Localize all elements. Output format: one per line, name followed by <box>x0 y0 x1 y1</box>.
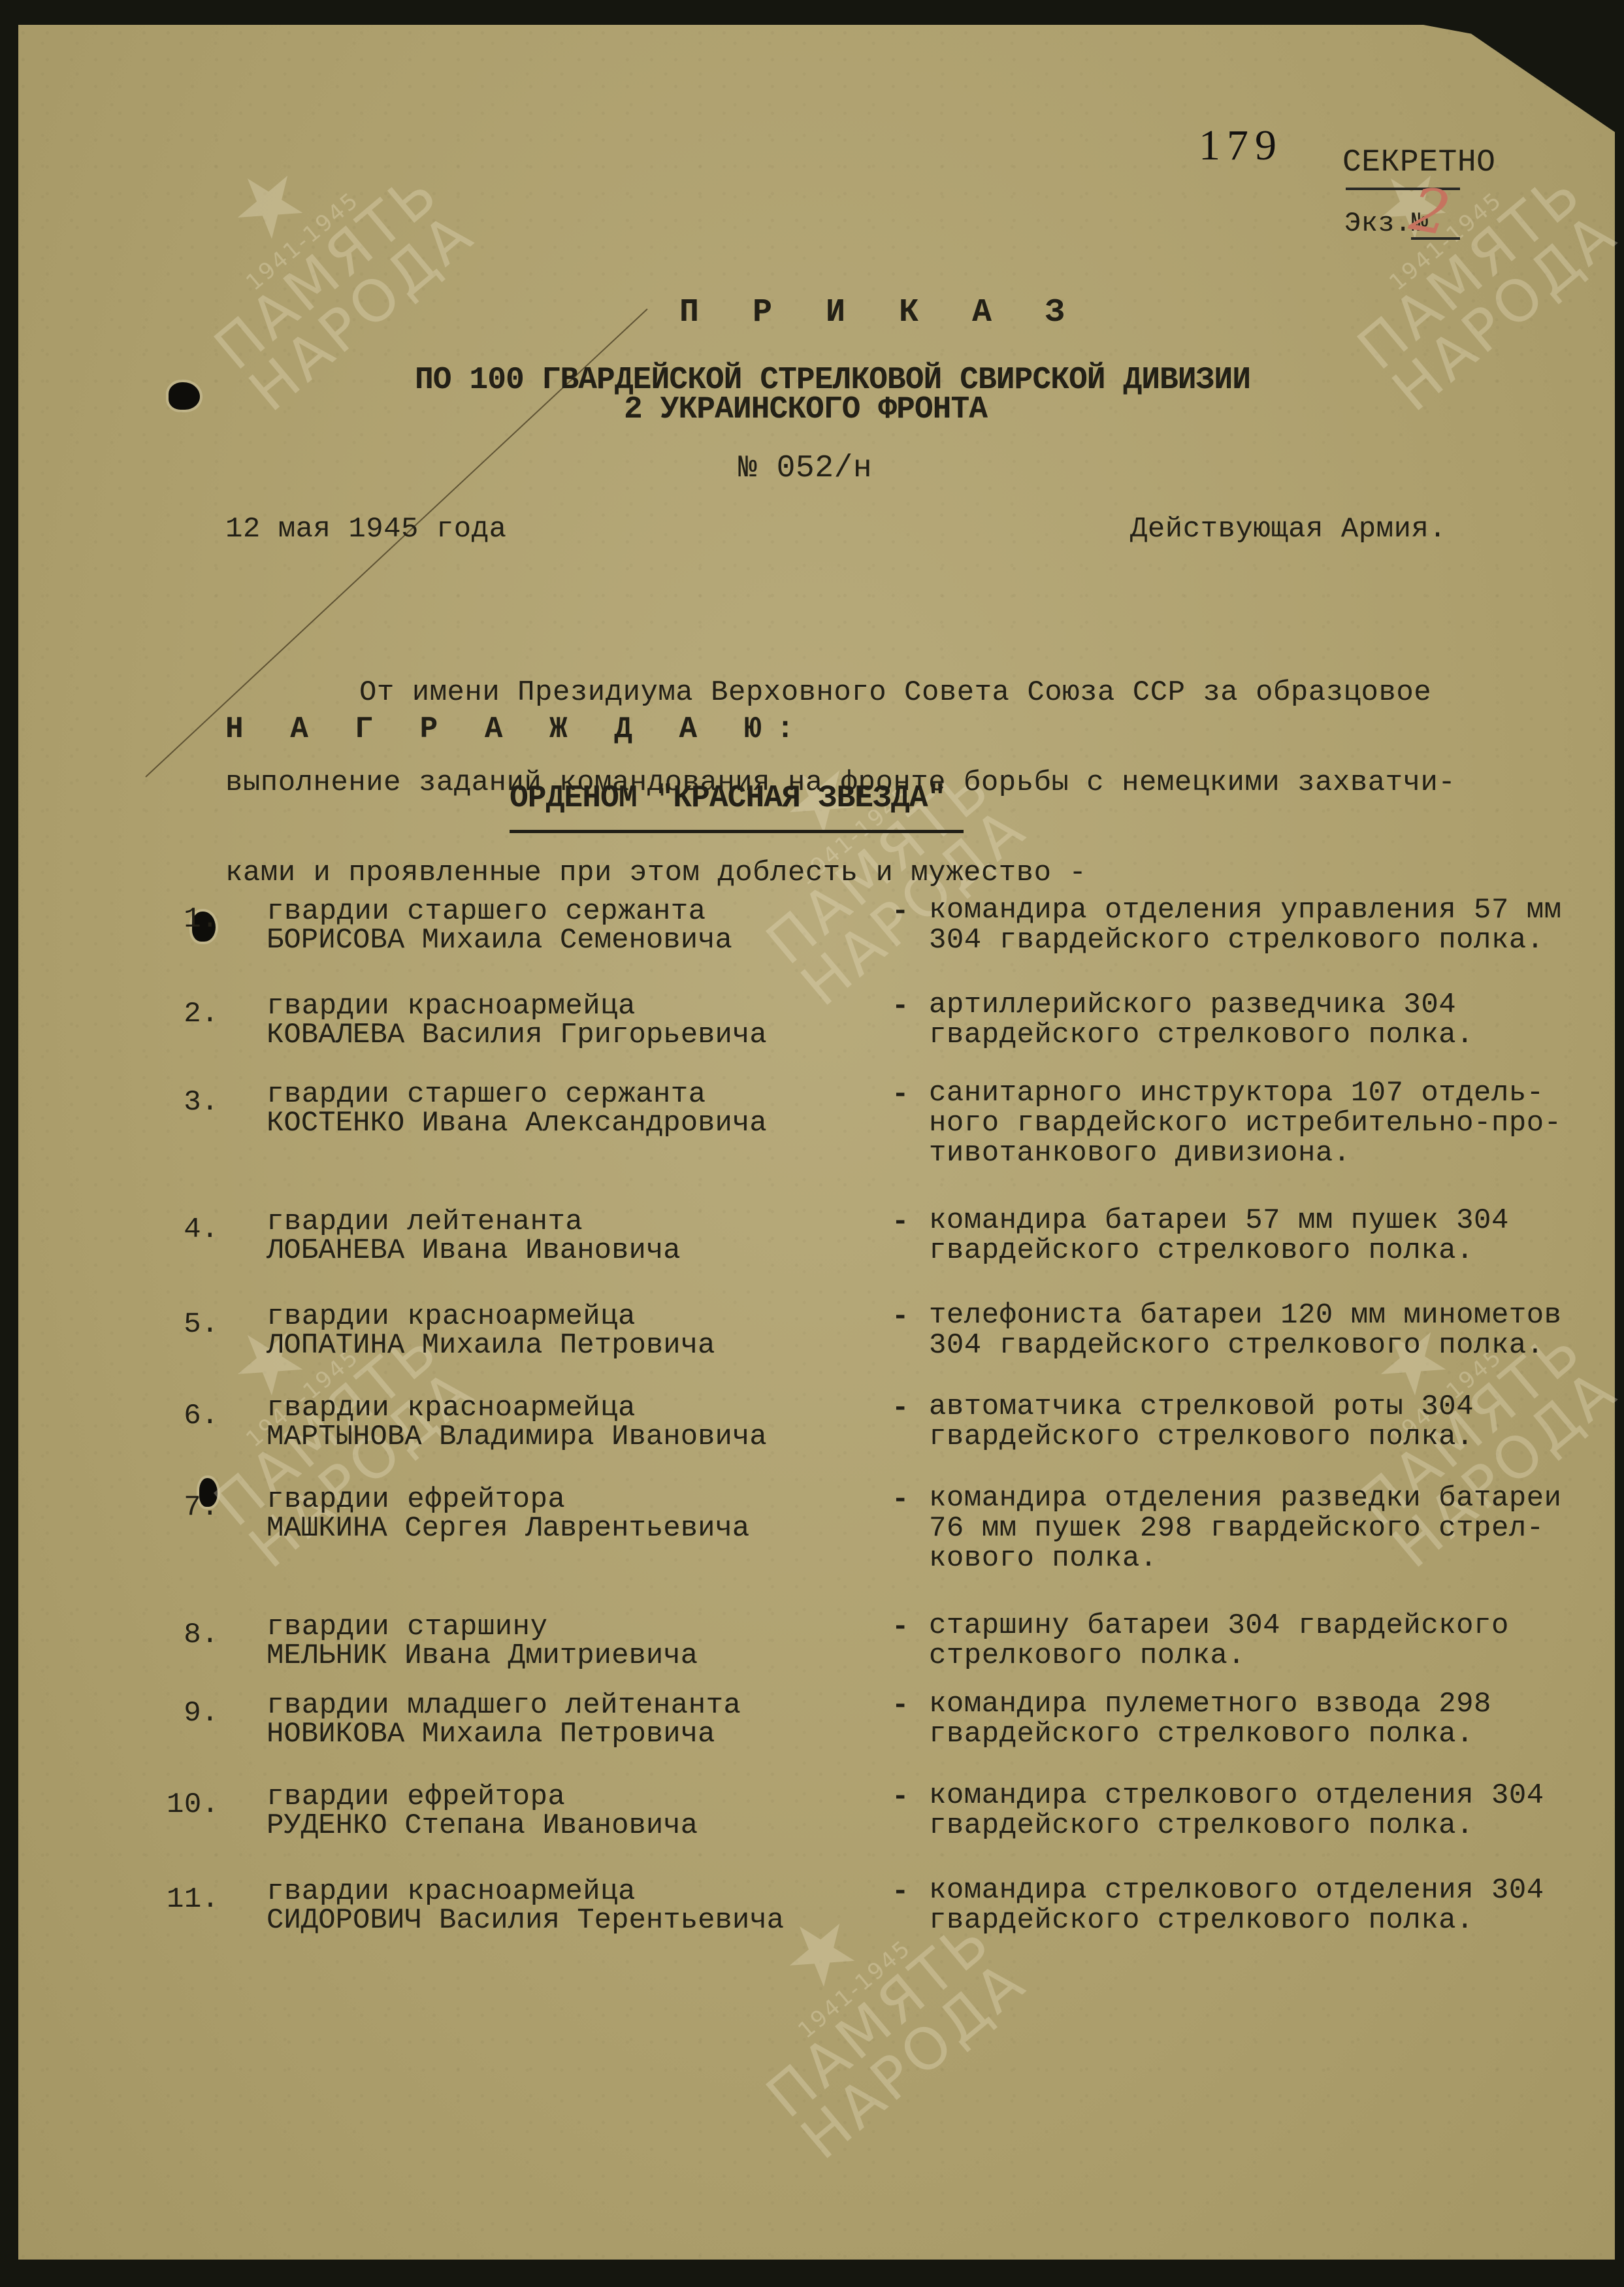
awardee-dash: - <box>892 1300 909 1333</box>
awardee-rank: гвардии ефрейтора <box>267 1483 565 1516</box>
awardee-name: РУДЕНКО Степана Ивановича <box>267 1809 698 1842</box>
awardee-description: автоматчика стрелковой роты 304 гвардейс… <box>929 1392 1474 1452</box>
awardee-number: 8. <box>167 1619 219 1651</box>
awardee-description: телефониста батареи 120 мм минометов 304… <box>929 1300 1562 1360</box>
awardee-dash: - <box>892 1781 909 1813</box>
awardee-number: 4. <box>167 1213 219 1246</box>
order-number: № 052/н <box>738 451 872 486</box>
awardee-description: командира пулеметного взвода 298 гвардей… <box>929 1689 1491 1749</box>
awardee-description: командира батареи 57 мм пушек 304 гварде… <box>929 1206 1509 1266</box>
awardee-description: артиллерийского разведчика 304 гвардейск… <box>929 990 1474 1050</box>
awardee-dash: - <box>892 1875 909 1908</box>
order-date: 12 мая 1945 года <box>225 513 506 546</box>
awardee-rank: гвардии красноармейца <box>267 990 636 1023</box>
punch-hole <box>169 382 200 410</box>
awardee-name: МЕЛЬНИК Ивана Дмитриевича <box>267 1639 698 1672</box>
awardee-number: 10. <box>167 1788 219 1821</box>
awardee-dash: - <box>892 1206 909 1238</box>
awardee-dash: - <box>892 1689 909 1722</box>
awarding-word: Н А Г Р А Ж Д А Ю: <box>225 712 809 746</box>
awardee-name: СИДОРОВИЧ Василия Терентьевича <box>267 1904 784 1937</box>
awardee-name: МАШКИНА Сергея Лаврентьевича <box>267 1512 749 1545</box>
order-location: Действующая Армия. <box>1130 513 1446 546</box>
awardee-number: 7. <box>167 1491 219 1524</box>
preamble: От имени Президиума Верховного Совета Со… <box>225 617 1455 918</box>
award-title-underline <box>510 830 964 833</box>
copy-underline <box>1411 237 1460 240</box>
preamble-line: От имени Президиума Верховного Совета Со… <box>225 678 1455 708</box>
awardee-rank: гвардии лейтенанта <box>267 1206 583 1238</box>
awardee-number: 2. <box>167 998 219 1030</box>
awardee-name: КОВАЛЕВА Василия Григорьевича <box>267 1019 767 1051</box>
awardee-number: 9. <box>167 1697 219 1730</box>
page-number: 179 <box>1199 121 1283 171</box>
awardee-name: МАРТЫНОВА Владимира Ивановича <box>267 1421 767 1453</box>
awardee-number: 11. <box>167 1883 219 1916</box>
awardee-rank: гвардии красноармейца <box>267 1875 636 1908</box>
unit-header-line-2: 2 УКРАИНСКОГО ФРОНТА <box>624 392 987 427</box>
awardee-rank: гвардии старшего сержанта <box>267 1078 706 1111</box>
awardee-number: 6. <box>167 1400 219 1432</box>
awardee-rank: гвардии красноармейца <box>267 1300 636 1333</box>
awardee-name: ЛОПАТИНА Михаила Петровича <box>267 1329 715 1362</box>
awardee-dash: - <box>892 1392 909 1424</box>
awardee-rank: гвардии младшего лейтенанта <box>267 1689 741 1722</box>
awardee-dash: - <box>892 1078 909 1111</box>
awardee-number: 3. <box>167 1086 219 1119</box>
awardee-number: 5. <box>167 1308 219 1341</box>
awardee-rank: гвардии ефрейтора <box>267 1781 565 1813</box>
awardee-rank: гвардии красноармейца <box>267 1392 636 1424</box>
awardee-description: санитарного инструктора 107 отдель- ного… <box>929 1078 1562 1168</box>
awardee-number: 1. <box>167 903 219 936</box>
awardee-dash: - <box>892 990 909 1023</box>
awardee-dash: - <box>892 1611 909 1643</box>
awardee-name: КОСТЕНКО Ивана Александровича <box>267 1107 767 1140</box>
awardee-name: НОВИКОВА Михаила Петровича <box>267 1718 715 1751</box>
awardee-rank: гвардии старшину <box>267 1611 547 1643</box>
awardee-description: старшину батареи 304 гвардейского стрелк… <box>929 1611 1509 1671</box>
awardee-description: командира стрелкового отделения 304 гвар… <box>929 1781 1544 1841</box>
awardee-dash: - <box>892 1483 909 1516</box>
awardee-name: ЛОБАНЕВА Ивана Ивановича <box>267 1234 681 1267</box>
awardee-description: командира стрелкового отделения 304 гвар… <box>929 1875 1544 1935</box>
preamble-line: ками и проявленные при этом доблесть и м… <box>225 858 1455 888</box>
awardee-description: командира отделения разведки батареи 76 … <box>929 1483 1562 1573</box>
awardee-dash: - <box>892 895 909 928</box>
document-title: П Р И К А З <box>679 294 1082 331</box>
awardee-description: командира отделения управления 57 мм 304… <box>929 895 1562 955</box>
awardee-rank: гвардии старшего сержанта <box>267 895 706 928</box>
award-title: ОРДЕНОМ "КРАСНАЯ ЗВЕЗДА" <box>510 781 945 816</box>
awardee-name: БОРИСОВА Михаила Семеновича <box>267 924 732 957</box>
